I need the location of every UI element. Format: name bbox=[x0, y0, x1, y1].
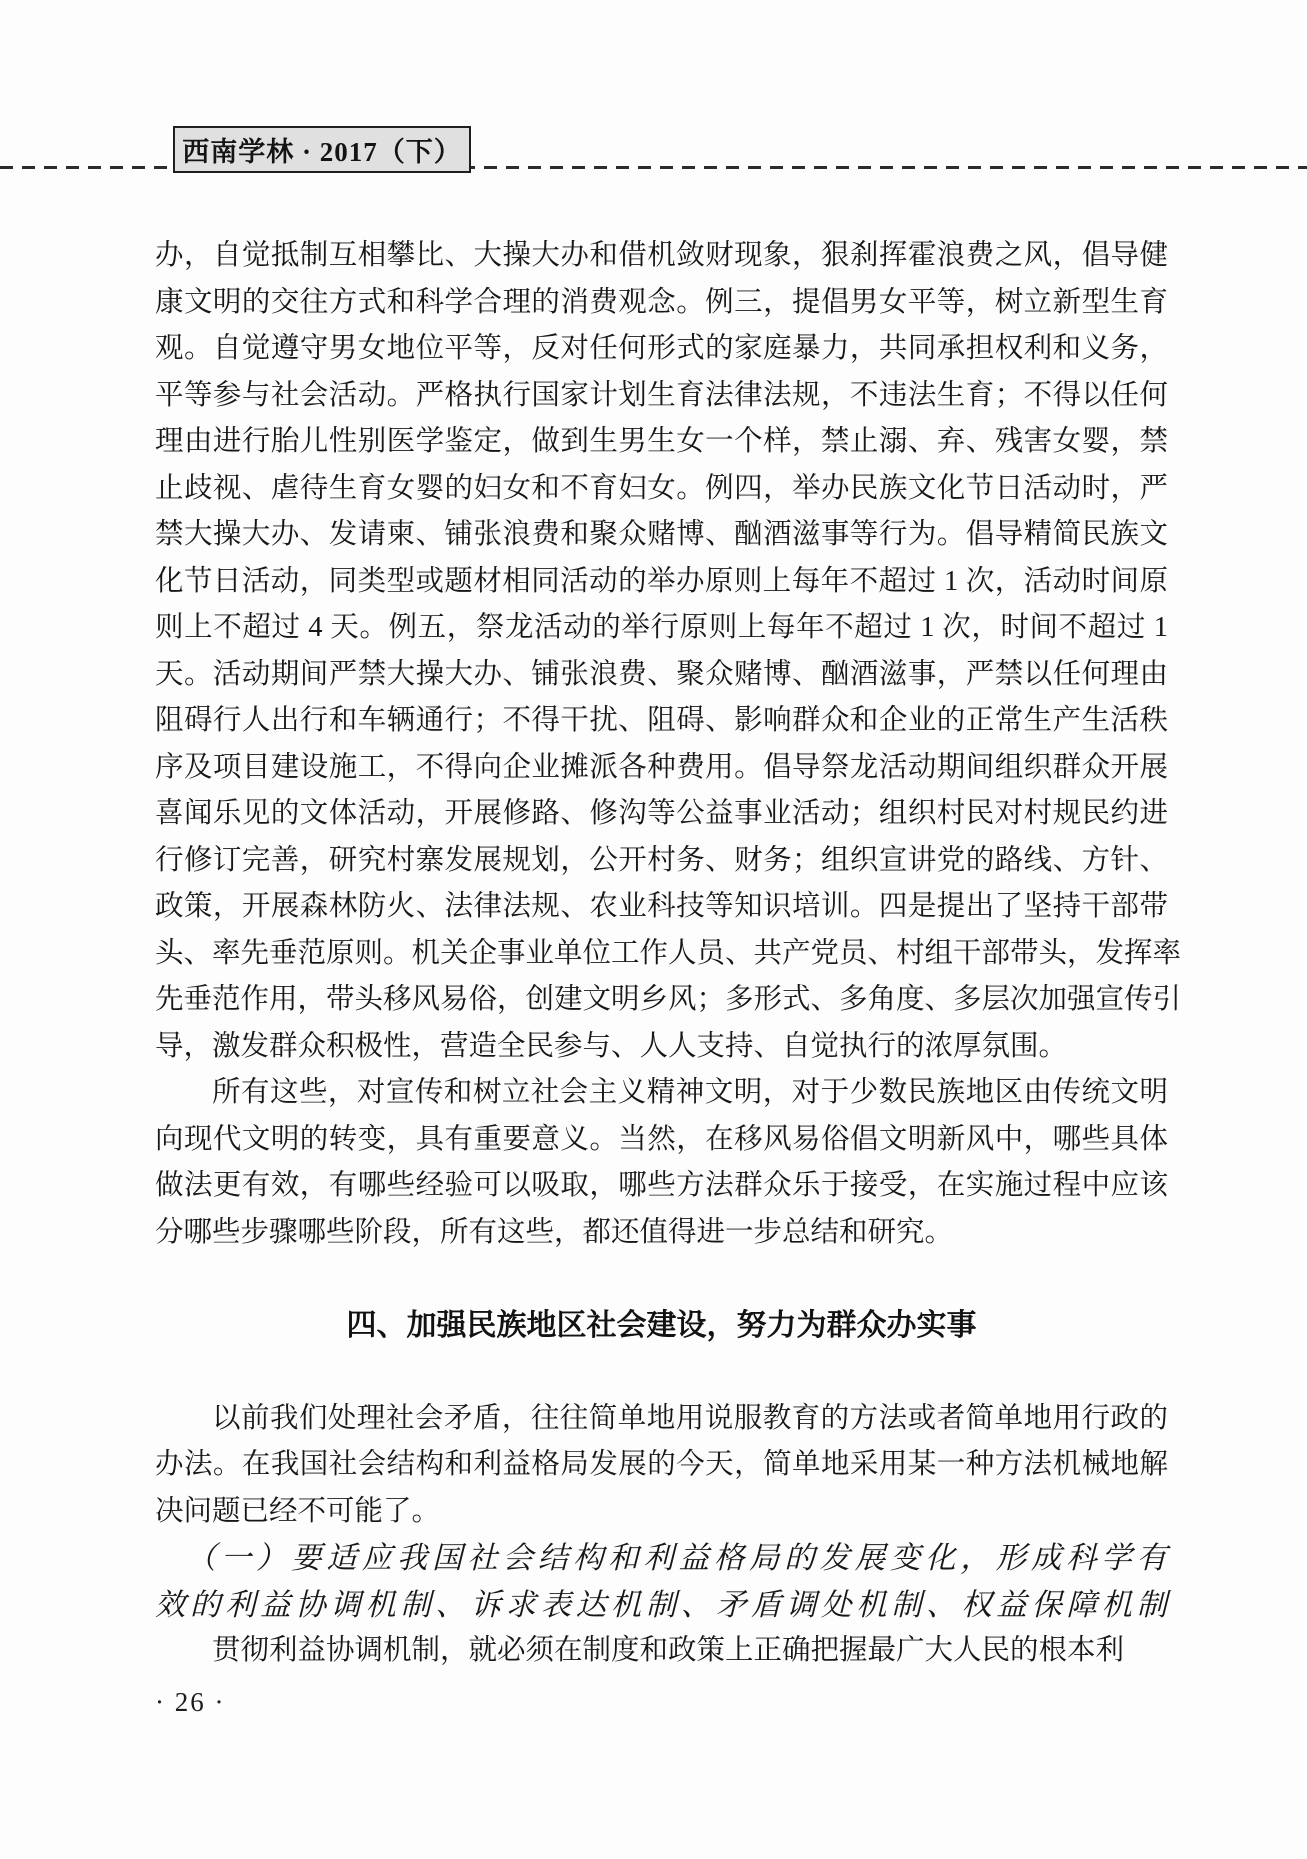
text-line: 理由进行胎儿性别医学鉴定，做到生男生女一个样，禁止溺、弃、残害女婴，禁 bbox=[155, 419, 1168, 466]
text-line: 序及项目建设施工，不得向企业摊派各种费用。倡导祭龙活动期间组织群众开展 bbox=[155, 745, 1168, 792]
page-body: 办，自觉抵制互相攀比、大操大办和借机敛财现象，狠刹挥霍浪费之风，倡导健 康文明的… bbox=[155, 233, 1168, 1725]
text-line: 做法更有效，有哪些经验可以吸取，哪些方法群众乐于接受，在实施过程中应该 bbox=[155, 1163, 1168, 1210]
text-line: 导，激发群众积极性，营造全民参与、人人支持、自觉执行的浓厚氛围。 bbox=[155, 1024, 1168, 1071]
text-line: 观。自觉遵守男女地位平等，反对任何形式的家庭暴力，共同承担权利和义务， bbox=[155, 326, 1168, 373]
text-line: 办法。在我国社会结构和利益格局发展的今天，简单地采用某一种方法机械地解 bbox=[155, 1442, 1168, 1489]
text-line: 禁大操大办、发请柬、铺张浪费和聚众赌博、酗酒滋事等行为。倡导精简民族文 bbox=[155, 512, 1168, 559]
text-line: （一）要适应我国社会结构和利益格局的发展变化，形成科学有 bbox=[155, 1535, 1168, 1582]
text-line: 阻碍行人出行和车辆通行；不得干扰、阻碍、影响群众和企业的正常生产生活秩 bbox=[155, 698, 1168, 745]
text-line: 效的利益协调机制、诉求表达机制、矛盾调处机制、权益保障机制 bbox=[155, 1582, 1168, 1629]
text-line: 化节日活动，同类型或题材相同活动的举办原则上每年不超过 1 次，活动时间原 bbox=[155, 559, 1168, 606]
paragraph-4-kai: （一）要适应我国社会结构和利益格局的发展变化，形成科学有 效的利益协调机制、诉求… bbox=[155, 1535, 1168, 1628]
paragraph-2: 所有这些，对宣传和树立社会主义精神文明，对于少数民族地区由传统文明 向现代文明的… bbox=[155, 1070, 1168, 1256]
text-line: 决问题已经不可能了。 bbox=[155, 1489, 1168, 1536]
running-header-box: 西南学林 · 2017（下） bbox=[173, 126, 471, 173]
text-line: 政策，开展森林防火、法律法规、农业科技等知识培训。四是提出了坚持干部带 bbox=[155, 884, 1168, 931]
vertical-space bbox=[155, 1349, 1168, 1396]
page-number: · 26 · bbox=[155, 1679, 1168, 1726]
vertical-space bbox=[155, 1256, 1168, 1303]
journal-title: 西南学林 · 2017（下） bbox=[182, 130, 462, 169]
text-line: 分哪些步骤哪些阶段，所有这些，都还值得进一步总结和研究。 bbox=[155, 1210, 1168, 1257]
section-heading: 四、加强民族地区社会建设，努力为群众办实事 bbox=[155, 1303, 1168, 1350]
paragraph-5: 贯彻利益协调机制，就必须在制度和政策上正确把握最广大人民的根本利 bbox=[155, 1628, 1168, 1675]
text-line: 先垂范作用，带头移风易俗，创建文明乡风；多形式、多角度、多层次加强宣传引 bbox=[155, 977, 1168, 1024]
text-line: 头、率先垂范原则。机关企事业单位工作人员、共产党员、村组干部带头，发挥率 bbox=[155, 931, 1168, 978]
text-line: 贯彻利益协调机制，就必须在制度和政策上正确把握最广大人民的根本利 bbox=[155, 1628, 1168, 1675]
text-line: 平等参与社会活动。严格执行国家计划生育法律法规，不违法生育；不得以任何 bbox=[155, 373, 1168, 420]
text-line: 向现代文明的转变，具有重要意义。当然，在移风易俗倡文明新风中，哪些具体 bbox=[155, 1117, 1168, 1164]
text-line: 止歧视、虐待生育女婴的妇女和不育妇女。例四，举办民族文化节日活动时，严 bbox=[155, 466, 1168, 513]
text-line: 天。活动期间严禁大操大办、铺张浪费、聚众赌博、酗酒滋事，严禁以任何理由 bbox=[155, 652, 1168, 699]
text-line: 所有这些，对宣传和树立社会主义精神文明，对于少数民族地区由传统文明 bbox=[155, 1070, 1168, 1117]
text-line: 行修订完善，研究村寨发展规划，公开村务、财务；组织宣讲党的路线、方针、 bbox=[155, 838, 1168, 885]
text-line: 办，自觉抵制互相攀比、大操大办和借机敛财现象，狠刹挥霍浪费之风，倡导健 bbox=[155, 233, 1168, 280]
text-line: 以前我们处理社会矛盾，往往简单地用说服教育的方法或者简单地用行政的 bbox=[155, 1396, 1168, 1443]
paragraph-1: 办，自觉抵制互相攀比、大操大办和借机敛财现象，狠刹挥霍浪费之风，倡导健 康文明的… bbox=[155, 233, 1168, 1070]
paragraph-3: 以前我们处理社会矛盾，往往简单地用说服教育的方法或者简单地用行政的 办法。在我国… bbox=[155, 1396, 1168, 1536]
text-line: 喜闻乐见的文体活动，开展修路、修沟等公益事业活动；组织村民对村规民约进 bbox=[155, 791, 1168, 838]
document-page: 西南学林 · 2017（下） 办，自觉抵制互相攀比、大操大办和借机敛财现象，狠刹… bbox=[0, 0, 1307, 1859]
text-line: 则上不超过 4 天。例五，祭龙活动的举行原则上每年不超过 1 次，时间不超过 1 bbox=[155, 605, 1168, 652]
text-line: 康文明的交往方式和科学合理的消费观念。例三，提倡男女平等，树立新型生育 bbox=[155, 280, 1168, 327]
